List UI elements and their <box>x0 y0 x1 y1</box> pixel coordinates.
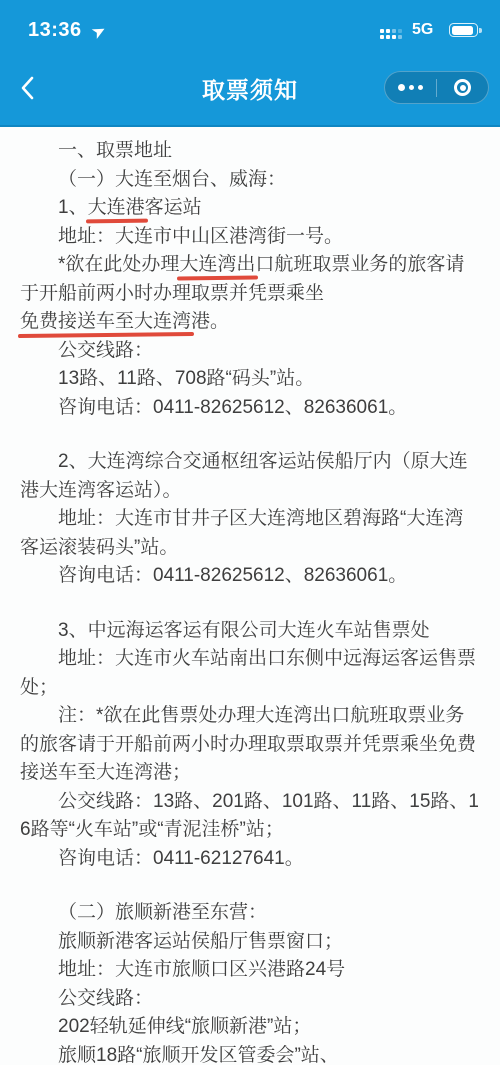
text-segment: 公交线路： <box>58 988 153 1009</box>
paragraph: *欲在此处办理大连湾出口航班取票业务的旅客请于开船前两小时办理取票并凭票乘坐免费… <box>20 251 480 337</box>
black-underline-annotation: 旅顺开发区管委会”站、 <box>142 1045 338 1065</box>
paragraph: 1、大连港客运站 <box>20 194 480 223</box>
paragraph: 咨询电话：0411-82625612、82636061。 <box>20 562 480 591</box>
text-segment: 咨询电话：0411-62127641。 <box>58 848 304 869</box>
red-underline-annotation: 大连港 <box>88 197 145 218</box>
text-segment: 公交线路： <box>58 340 153 361</box>
paragraph: 3、中远海运客运有限公司大连火车站售票处 <box>20 617 480 646</box>
ellipsis-icon <box>398 84 423 91</box>
text-segment: *欲在此处办理 <box>58 254 179 275</box>
text-segment: 公交线路：13路、201路、101路、11路、15路、16路等“火车站”或“青泥… <box>20 791 479 841</box>
paragraph: 公交线路： <box>20 337 480 366</box>
paragraph: （二）旅顺新港至东营： <box>20 899 480 928</box>
status-bar: 13:36 ➤ 5G <box>0 16 500 46</box>
cellular-signal-icon <box>380 24 404 39</box>
text-segment: 地址：大连市火车站南出口东侧中远海运客运售票处； <box>20 648 476 698</box>
network-type-label: 5G <box>412 21 433 39</box>
paragraph: 地址：大连市甘井子区大连湾地区碧海路“大连湾客运滚装码头”站。 <box>20 505 480 562</box>
red-underline-annotation: 免费接送车至大连湾 <box>20 311 191 332</box>
text-segment: 1、 <box>58 197 88 218</box>
paragraph: 地址：大连市火车站南出口东侧中远海运客运售票处； <box>20 645 480 702</box>
text-segment: 港。 <box>191 311 229 332</box>
text-segment: 地址：大连市旅顺口区兴港路24号 <box>58 959 345 980</box>
paragraph: （一）大连至烟台、威海： <box>20 166 480 195</box>
text-segment: 地址：大连市甘井子区大连湾地区碧海路“大连湾客运滚装码头”站。 <box>20 508 463 558</box>
nav-bar: 取票须知 <box>0 58 500 118</box>
paragraph: 旅顺新港客运站侯船厅售票窗口； <box>20 928 480 957</box>
text-segment: 注：*欲在此售票处办理大连湾出口航班取票业务的旅客请于开船前两小时办理取票取票并… <box>20 705 476 783</box>
text-segment: 客运站 <box>145 197 202 218</box>
text-segment: 旅顺新港客运站侯船厅售票窗口； <box>58 931 343 952</box>
text-segment: 2、大连湾综合交通枢纽客运站侯船厅内（原大连港大连湾客运站）。 <box>20 451 468 501</box>
paragraph: 202轻轨延伸线“旅顺新港”站； <box>20 1013 480 1042</box>
text-segment: 咨询电话：0411-82625612、82636061。 <box>58 397 407 418</box>
miniprogram-capsule <box>384 71 489 104</box>
text-segment: 一、取票地址 <box>58 140 172 161</box>
document-body: 一、取票地址（一）大连至烟台、威海：1、大连港客运站地址：大连市中山区港湾街一号… <box>0 127 500 1065</box>
text-segment: （一）大连至烟台、威海： <box>58 169 286 190</box>
text-segment: 咨询电话：0411-82625612、82636061。 <box>58 565 407 586</box>
paragraph: 咨询电话：0411-82625612、82636061。 <box>20 394 480 423</box>
text-segment: 地址：大连市中山区港湾街一号。 <box>58 226 343 247</box>
clock-time: 13:36 <box>28 19 82 42</box>
paragraph: 2、大连湾综合交通枢纽客运站侯船厅内（原大连港大连湾客运站）。 <box>20 448 480 505</box>
paragraph: 旅顺18路“旅顺开发区管委会”站、 <box>20 1042 480 1065</box>
location-arrow-icon: ➤ <box>88 20 110 44</box>
paragraph: 地址：大连市中山区港湾街一号。 <box>20 223 480 252</box>
app-header: 13:36 ➤ 5G 取票须知 <box>0 0 500 127</box>
paragraph: 注：*欲在此售票处办理大连湾出口航班取票业务的旅客请于开船前两小时办理取票取票并… <box>20 702 480 788</box>
text-segment: 旅顺18路“ <box>58 1045 142 1065</box>
text-segment: 13路、11路、708路“码头”站。 <box>58 368 314 389</box>
target-circle-icon <box>454 79 471 96</box>
text-segment: 3、中远海运客运有限公司大连火车站售票处 <box>58 620 430 641</box>
more-options-button[interactable] <box>385 72 436 103</box>
paragraph: 公交线路：13路、201路、101路、11路、15路、16路等“火车站”或“青泥… <box>20 788 480 845</box>
battery-icon <box>449 23 478 37</box>
paragraph: 公交线路： <box>20 985 480 1014</box>
red-underline-annotation: 大连湾出 <box>179 254 255 275</box>
paragraph: 地址：大连市旅顺口区兴港路24号 <box>20 956 480 985</box>
paragraph: 13路、11路、708路“码头”站。 <box>20 365 480 394</box>
paragraph: 一、取票地址 <box>20 137 480 166</box>
exit-miniprogram-button[interactable] <box>437 72 488 103</box>
paragraph: 咨询电话：0411-62127641。 <box>20 845 480 874</box>
text-segment: （二）旅顺新港至东营： <box>58 902 267 923</box>
text-segment: 202轻轨延伸线“旅顺新港”站； <box>58 1016 311 1037</box>
